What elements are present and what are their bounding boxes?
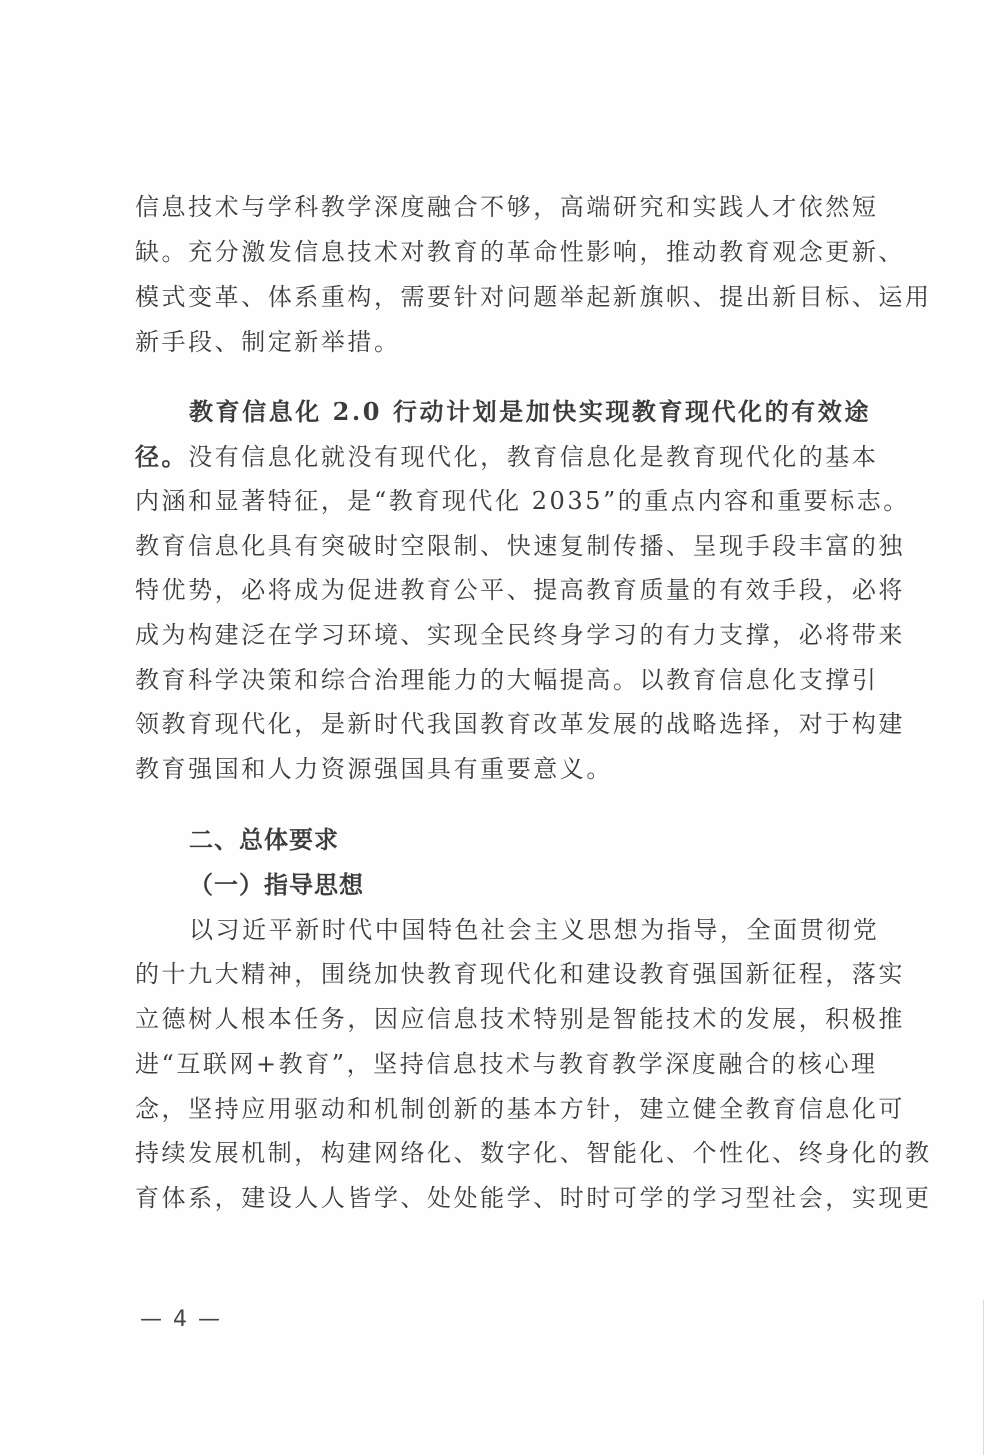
document-page: 信息技术与学科教学深度融合不够，高端研究和实践人才依然短 缺。充分激发信息技术对…	[0, 0, 1000, 1455]
paragraph-3-line-1: 以习近平新时代中国特色社会主义思想为指导，全面贯彻党	[135, 908, 895, 952]
page-edge-line	[983, 1300, 984, 1455]
paragraph-2-line-2: 径。没有信息化就没有现代化，教育信息化是教育现代化的基本	[135, 435, 895, 479]
paragraph-2-bold-lead: 教育信息化 2.0 行动计划是加快实现教育现代化的有效途	[135, 390, 895, 434]
paragraph-1-line-4: 新手段、制定新举措。	[135, 320, 895, 364]
page-number: — 4 —	[140, 1303, 222, 1337]
section-heading: 二、总体要求	[135, 818, 895, 862]
paragraph-2-line-5: 特优势，必将成为促进教育公平、提高教育质量的有效手段，必将	[135, 568, 895, 612]
paragraph-2-line-2-text: 没有信息化就没有现代化，教育信息化是教育现代化的基本	[188, 443, 878, 471]
paragraph-3-line-7: 育体系，建设人人皆学、处处能学、时时可学的学习型社会，实现更	[135, 1176, 895, 1220]
paragraph-3-line-6: 持续发展机制，构建网络化、数字化、智能化、个性化、终身化的教	[135, 1131, 895, 1175]
paragraph-2-line-3: 内涵和显著特征，是“教育现代化 2035”的重点内容和重要标志。	[135, 479, 895, 523]
subsection-heading: （一）指导思想	[135, 863, 895, 907]
paragraph-3-line-5: 念，坚持应用驱动和机制创新的基本方针，建立健全教育信息化可	[135, 1087, 895, 1131]
paragraph-2-line-8: 领教育现代化，是新时代我国教育改革发展的战略选择，对于构建	[135, 702, 895, 746]
paragraph-2-bold-lead-end: 径。	[135, 442, 188, 471]
paragraph-2-line-9: 教育强国和人力资源强国具有重要意义。	[135, 747, 895, 791]
paragraph-2-line-4: 教育信息化具有突破时空限制、快速复制传播、呈现手段丰富的独	[135, 524, 895, 568]
paragraph-3-line-4: 进“互联网+教育”，坚持信息技术与教育教学深度融合的核心理	[135, 1042, 895, 1086]
paragraph-2-line-6: 成为构建泛在学习环境、实现全民终身学习的有力支撑，必将带来	[135, 613, 895, 657]
paragraph-1-line-2: 缺。充分激发信息技术对教育的革命性影响，推动教育观念更新、	[135, 230, 895, 274]
paragraph-1-line-1: 信息技术与学科教学深度融合不够，高端研究和实践人才依然短	[135, 185, 895, 229]
paragraph-1-line-3: 模式变革、体系重构，需要针对问题举起新旗帜、提出新目标、运用	[135, 275, 895, 319]
paragraph-3-line-2: 的十九大精神，围绕加快教育现代化和建设教育强国新征程，落实	[135, 952, 895, 996]
paragraph-2-line-7: 教育科学决策和综合治理能力的大幅提高。以教育信息化支撑引	[135, 658, 895, 702]
paragraph-3-line-3: 立德树人根本任务，因应信息技术特别是智能技术的发展，积极推	[135, 997, 895, 1041]
